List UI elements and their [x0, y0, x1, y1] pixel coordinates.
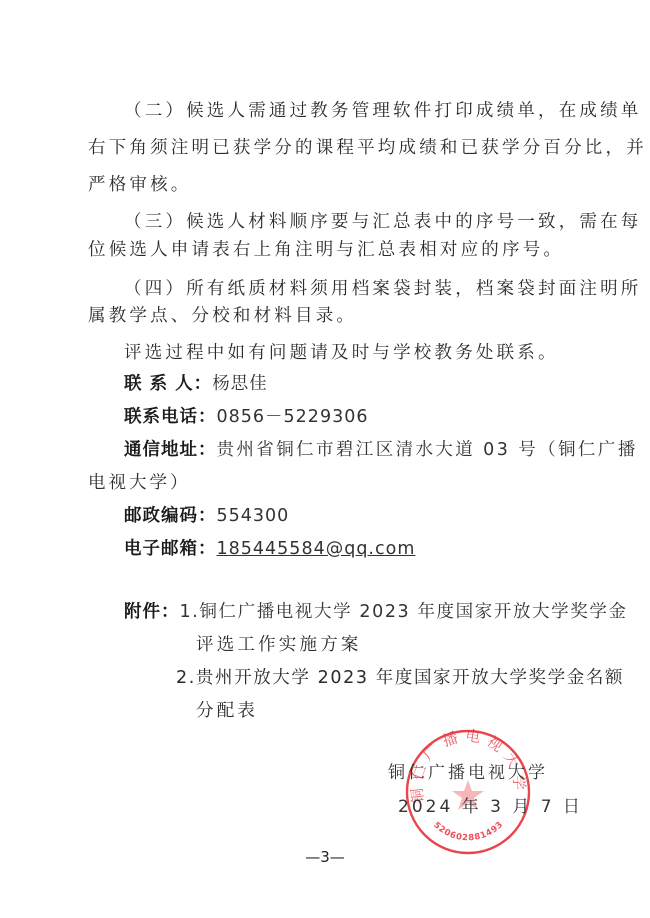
paragraph-2-line-2: 右下角须注明已获学分的课程平均成绩和已获学分百分比，并: [88, 134, 647, 159]
contact-email-link[interactable]: 185445584@qq.com: [217, 539, 416, 559]
contact-address-line2: 电视大学）: [88, 469, 191, 494]
contact-person-label: 联 系 人：: [124, 374, 212, 394]
contact-postcode-row: 邮政编码：554300: [124, 502, 289, 527]
document-page: （二）候选人需通过教务管理软件打印成绩单，在成绩单 右下角须注明已获学分的课程平…: [0, 0, 650, 918]
paragraph-3-line-2: 位候选人申请表右上角注明与汇总表相对应的序号。: [88, 236, 564, 261]
attachment-2-line1: 2.贵州开放大学 2023 年度国家开放大学奖学金名额: [176, 664, 624, 689]
contact-phone-label: 联系电话：: [124, 407, 217, 427]
attachment-2-line2: 分配表: [196, 697, 258, 722]
paragraph-2-line-3: 严格审核。: [88, 171, 192, 196]
contact-note: 评选过程中如有问题请及时与学校教务处联系。: [124, 339, 559, 364]
contact-address-row: 通信地址：贵州省铜仁市碧江区清水大道 03 号（铜仁广播: [124, 436, 638, 461]
page-number: —3—: [0, 848, 650, 866]
paragraph-4-line-1: （四）所有纸质材料须用档案袋封装，档案袋封面注明所: [124, 275, 642, 300]
paragraph-3-line-1: （三）候选人材料顺序要与汇总表中的序号一致，需在每: [124, 208, 642, 233]
signature-date: 2024 年 3 月 7 日: [398, 792, 583, 817]
contact-address-label: 通信地址：: [124, 440, 217, 460]
contact-email-row: 电子邮箱：185445584@qq.com: [124, 535, 415, 560]
contact-address-value-line1: 贵州省铜仁市碧江区清水大道 03 号（铜仁广播: [217, 440, 638, 460]
contact-email-label: 电子邮箱：: [124, 539, 217, 559]
contact-postcode-value: 554300: [217, 506, 290, 526]
contact-postcode-label: 邮政编码：: [124, 506, 217, 526]
contact-person-value: 杨思佳: [212, 374, 268, 394]
paragraph-4-line-2: 属教学点、分校和材料目录。: [88, 302, 357, 327]
signature-org: 铜仁广播电视大学: [388, 758, 548, 783]
paragraph-2-line-1: （二）候选人需通过教务管理软件打印成绩单，在成绩单: [124, 97, 642, 122]
attachment-1-line2: 评选工作实施方案: [196, 631, 362, 656]
attachments-label: 附件：: [124, 602, 180, 622]
attachment-row-1: 附件：1.铜仁广播电视大学 2023 年度国家开放大学奖学金: [124, 598, 628, 623]
contact-phone-row: 联系电话：0856－5229306: [124, 403, 368, 428]
contact-person-row: 联 系 人：杨思佳: [124, 370, 268, 395]
attachment-1-line1: 1.铜仁广播电视大学 2023 年度国家开放大学奖学金: [180, 602, 628, 622]
contact-phone-value: 0856－5229306: [217, 407, 369, 427]
